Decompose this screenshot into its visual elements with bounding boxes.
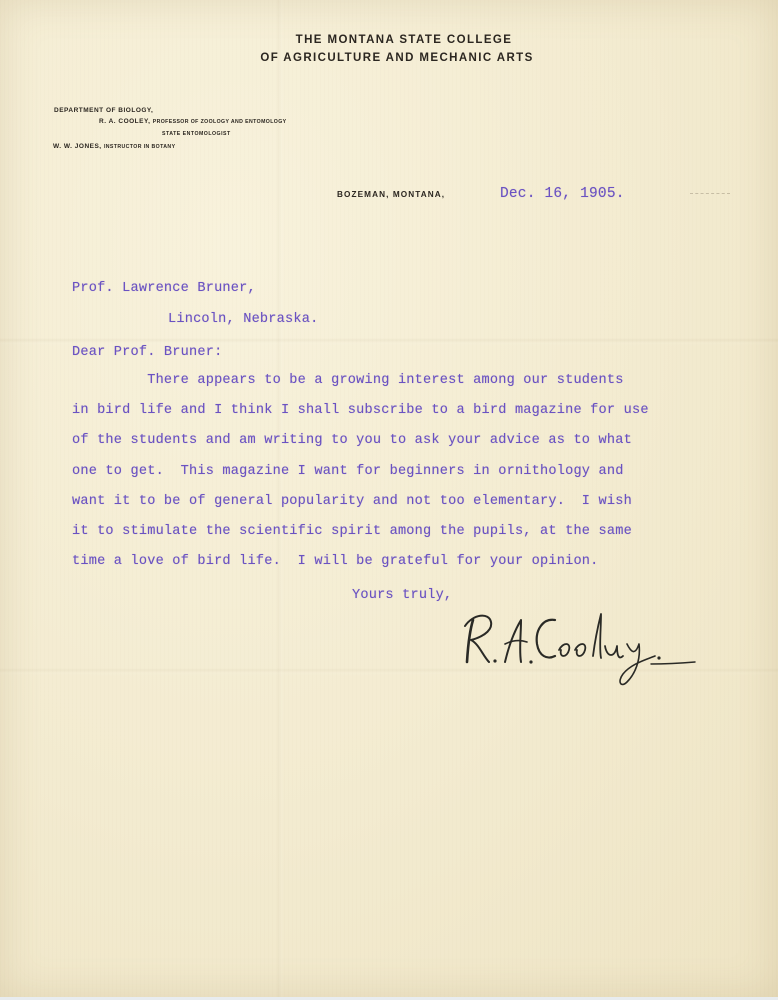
letter-date: Dec. 16, 1905. <box>500 186 625 202</box>
body-line-2: in bird life and I think I shall subscri… <box>72 403 649 418</box>
body-line-3: of the students and am writing to you to… <box>72 433 632 448</box>
body-line-6: it to stimulate the scientific spirit am… <box>72 524 632 539</box>
date-rule-divider <box>690 193 730 194</box>
handwritten-signature-icon <box>455 600 715 690</box>
body-line-7: time a love of bird life. I will be grat… <box>72 554 599 569</box>
instructor-name: W. W. JONES, <box>53 143 102 150</box>
addressee-city: Lincoln, Nebraska. <box>168 312 318 327</box>
salutation: Dear Prof. Bruner: <box>72 345 222 360</box>
professor-title: PROFESSOR OF ZOOLOGY AND ENTOMOLOGY <box>153 119 287 125</box>
instructor-title: INSTRUCTOR IN BOTANY <box>104 144 176 150</box>
addressee-name: Prof. Lawrence Bruner, <box>72 281 256 296</box>
state-entomologist-title: STATE ENTOMOLOGIST <box>162 131 231 137</box>
letter-page: THE MONTANA STATE COLLEGE OF AGRICULTURE… <box>0 0 778 1000</box>
professor-line: R. A. COOLEY, PROFESSOR OF ZOOLOGY AND E… <box>99 118 287 125</box>
closing: Yours truly, <box>352 588 452 603</box>
letterhead-place: BOZEMAN, MONTANA, <box>337 190 445 199</box>
body-line-1: There appears to be a growing interest a… <box>72 373 624 388</box>
department-name: DEPARTMENT OF BIOLOGY, <box>54 107 153 114</box>
instructor-line: W. W. JONES, INSTRUCTOR IN BOTANY <box>53 143 175 150</box>
body-line-5: want it to be of general popularity and … <box>72 494 632 509</box>
body-line-4: one to get. This magazine I want for beg… <box>72 464 624 479</box>
institution-line-2: OF AGRICULTURE AND MECHANIC ARTS <box>0 49 778 67</box>
professor-name: R. A. COOLEY, <box>99 118 150 125</box>
letterhead-institution: THE MONTANA STATE COLLEGE OF AGRICULTURE… <box>0 31 778 67</box>
institution-line-1: THE MONTANA STATE COLLEGE <box>0 31 778 49</box>
signature-image <box>455 600 715 690</box>
